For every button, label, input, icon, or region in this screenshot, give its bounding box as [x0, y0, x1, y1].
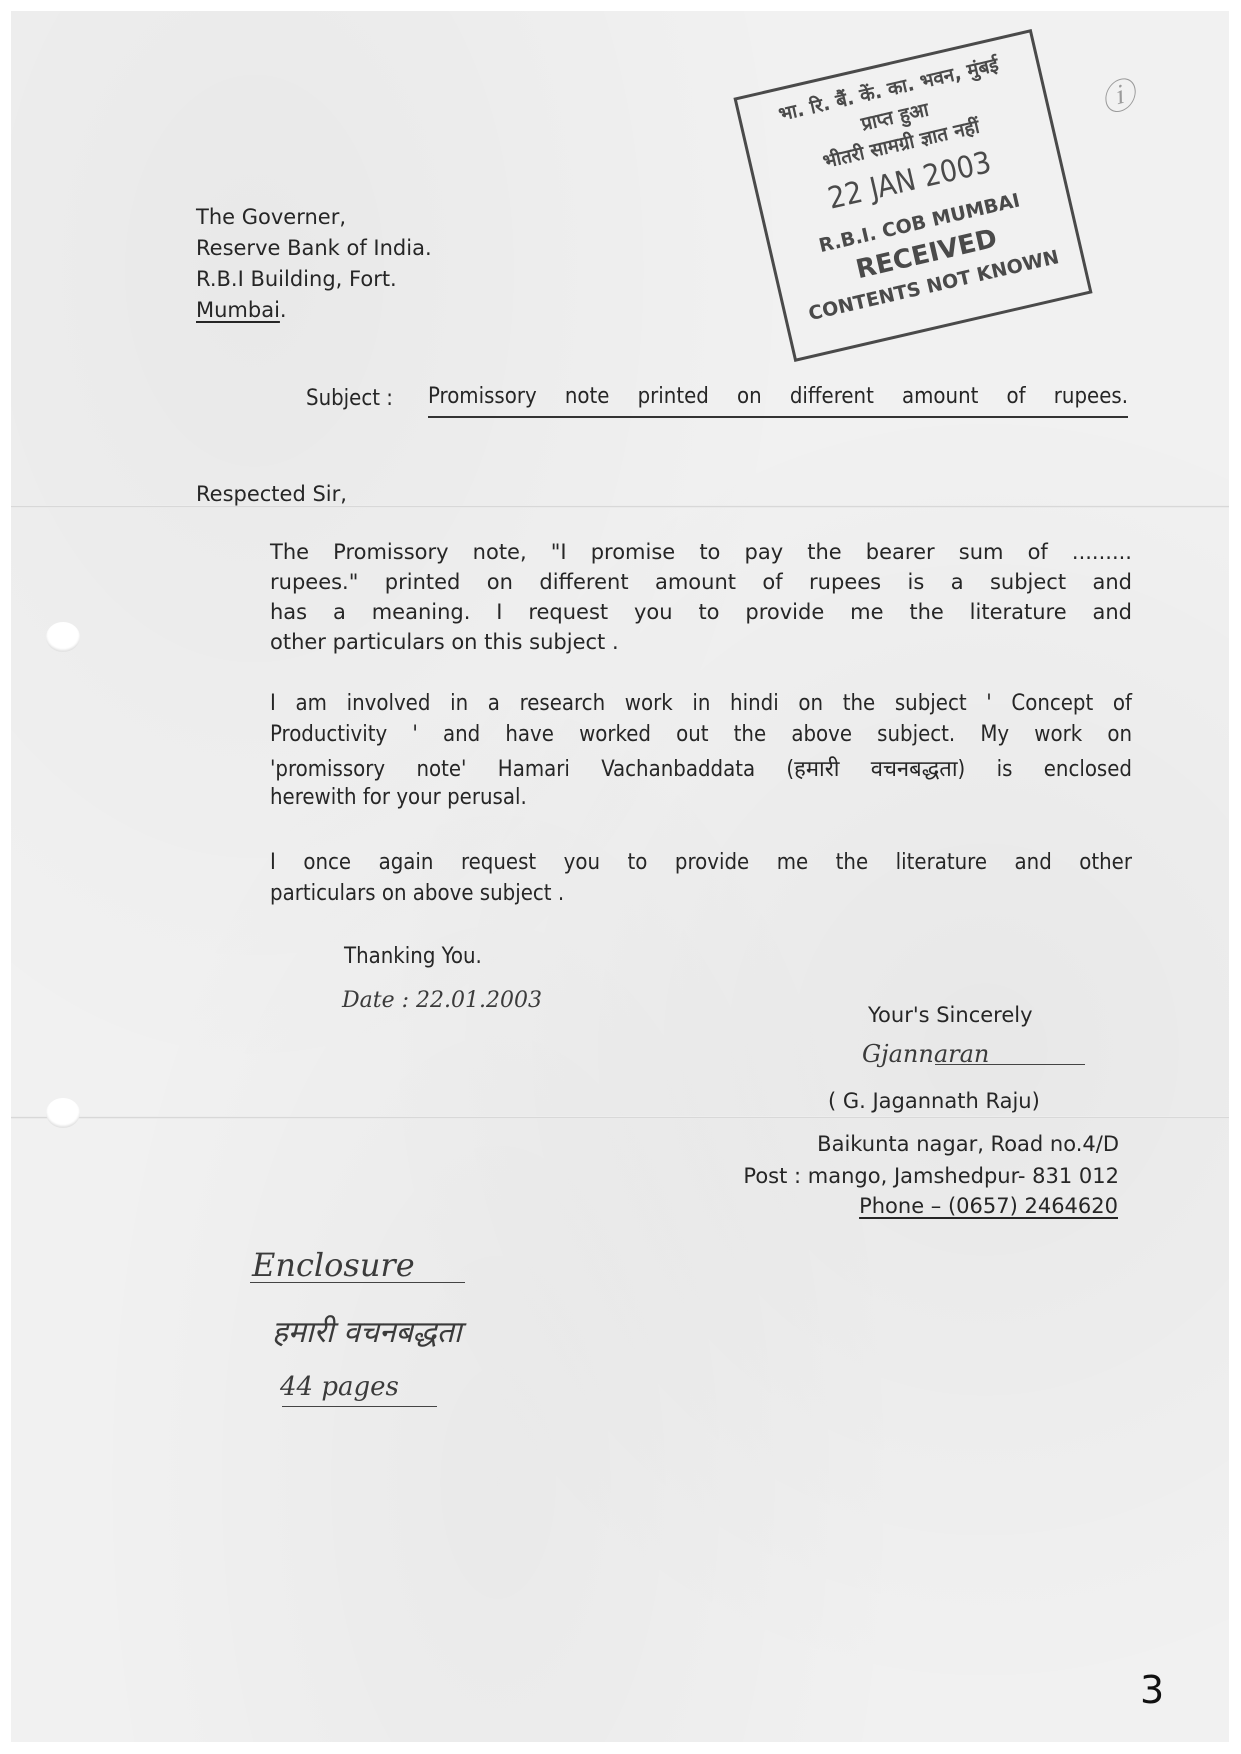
subject-underline: [428, 416, 1128, 418]
paragraph-line: 'promissory note' Hamari Vachanbaddata (…: [270, 753, 1132, 783]
recipient-city-suffix: .: [280, 298, 287, 322]
recipient-city: Mumbai.: [196, 298, 287, 322]
sender-phone: Phone – (0657) 2464620: [800, 1194, 1118, 1218]
paragraph-line: The Promissory note, "I promise to pay t…: [270, 540, 1132, 564]
paragraph-line: other particulars on this subject .: [270, 630, 1132, 654]
fold-crease-upper: [11, 505, 1229, 508]
subject-text: Promissory note printed on different amo…: [428, 384, 1128, 409]
sender-name: ( G. Jagannath Raju): [828, 1089, 1040, 1113]
enclosure-pages: 44 pages: [280, 1372, 399, 1402]
sign-off: Your's Sincerely: [868, 1003, 1033, 1027]
paragraph-line: I once again request you to provide me t…: [270, 850, 1132, 875]
enclosure-label: Enclosure: [252, 1246, 415, 1284]
subject-label: Subject :: [306, 386, 393, 411]
paragraph-line: herewith for your perusal.: [270, 785, 1132, 810]
page-number: 3: [1140, 1668, 1164, 1712]
paragraph-line: rupees." printed on different amount of …: [270, 570, 1132, 594]
closing-thanks: Thanking You.: [344, 944, 482, 969]
recipient-line-2: Reserve Bank of India.: [196, 236, 432, 260]
recipient-line-3: R.B.I Building, Fort.: [196, 267, 397, 291]
recipient-line-1: The Governer,: [196, 205, 346, 229]
signature-stroke: [935, 1064, 1085, 1065]
punch-hole-lower: [46, 1098, 80, 1128]
handwritten-date: Date : 22.01.2003: [342, 988, 542, 1013]
recipient-city-name: Mumbai: [196, 298, 280, 322]
salutation: Respected Sir,: [196, 482, 347, 506]
enclosure-underline: [250, 1282, 465, 1283]
punch-hole-upper: [46, 622, 80, 652]
paragraph-line: has a meaning. I request you to provide …: [270, 600, 1132, 624]
enclosure-title-hindi: हमारी वचनबद्धता: [272, 1310, 462, 1351]
paragraph-line: particulars on above subject .: [270, 881, 1132, 906]
sender-address-1: Baikunta nagar, Road no.4/D: [754, 1132, 1119, 1156]
paragraph-line: I am involved in a research work in hind…: [270, 691, 1132, 716]
paragraph-line: Productivity ' and have worked out the a…: [270, 722, 1132, 747]
sender-address-2: Post : mango, Jamshedpur- 831 012: [660, 1164, 1119, 1188]
enclosure-pages-underline: [282, 1406, 437, 1407]
fold-crease-lower: [11, 1116, 1229, 1119]
